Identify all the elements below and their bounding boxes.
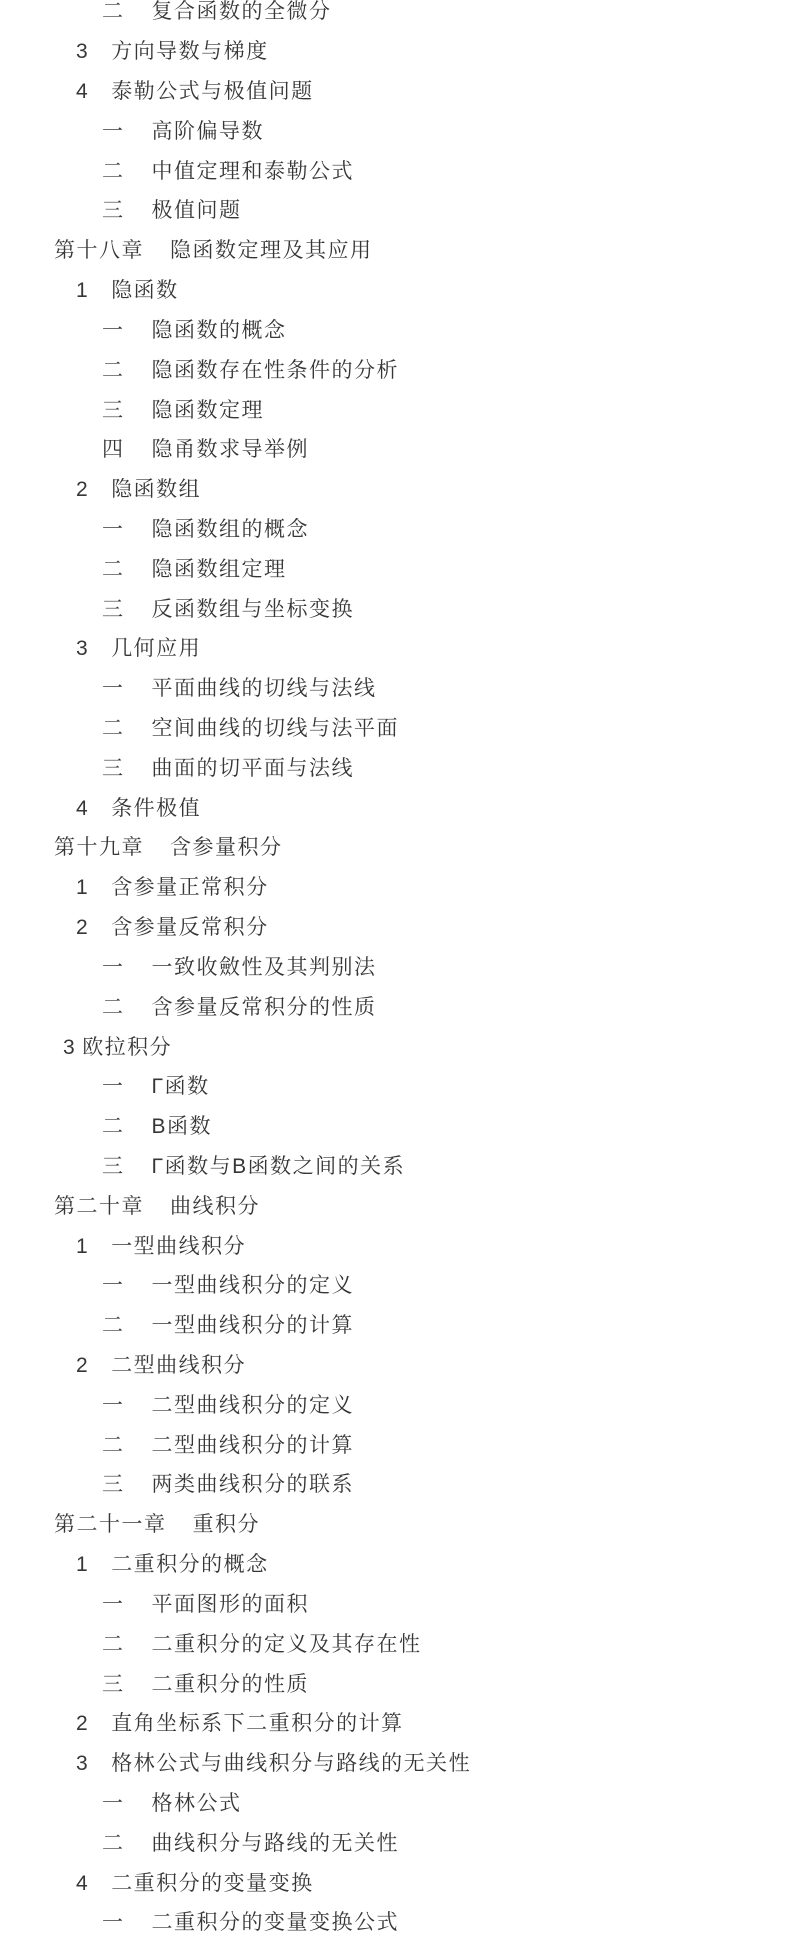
- row-marker: 三: [102, 758, 125, 779]
- toc-row-sub: 三隐函数定理: [0, 390, 790, 430]
- row-marker: 二: [102, 1, 125, 22]
- toc-row-section: 1含参量正常积分: [0, 868, 790, 908]
- toc-row-sub: 一隐函数组的概念: [0, 510, 790, 550]
- row-title: 隐函数组的概念: [152, 519, 310, 540]
- row-title: 隐甬数求导举例: [152, 439, 310, 460]
- row-marker: 三: [102, 1474, 125, 1495]
- row-marker: 二: [102, 997, 125, 1018]
- row-marker: 二: [102, 1435, 125, 1456]
- toc-row-sub: 二空间曲线的切线与法平面: [0, 709, 790, 749]
- row-marker: 二: [102, 1634, 125, 1655]
- toc-row-sub: 二二重积分的定义及其存在性: [0, 1624, 790, 1664]
- row-title: 隐函数的概念: [152, 320, 287, 341]
- row-title: 隐函数存在性条件的分析: [152, 360, 400, 381]
- row-title: 隐函数组定理: [152, 559, 287, 580]
- row-marker: 二: [102, 1315, 125, 1336]
- row-marker: 一: [102, 1912, 125, 1933]
- toc-row-chapter: 第十八章隐函数定理及其应用: [0, 231, 790, 271]
- row-marker: 1: [76, 1554, 89, 1575]
- toc-row-sub: 二复合函数的全微分: [0, 0, 790, 32]
- row-title: 含参量反常积分的性质: [152, 997, 377, 1018]
- row-title: 泰勒公式与极值问题: [111, 81, 314, 102]
- toc-row-sub: 三反函数组与坐标变换: [0, 589, 790, 629]
- row-title: 几何应用: [111, 638, 201, 659]
- toc-row-sub: 二曲线积分与路线的无关性: [0, 1823, 790, 1863]
- row-title: Γ函数与B函数之间的关系: [152, 1156, 406, 1177]
- row-marker: 4: [76, 81, 89, 102]
- row-title: B函数: [152, 1116, 213, 1137]
- toc-row-sub: 一高阶偏导数: [0, 111, 790, 151]
- toc-row-sub: 二二型曲线积分的计算: [0, 1425, 790, 1465]
- toc-row-section-tight: 3欧拉积分: [0, 1027, 790, 1067]
- row-marker: 第二十章: [54, 1196, 144, 1217]
- row-title: 重积分: [193, 1514, 261, 1535]
- row-marker: 三: [102, 1156, 125, 1177]
- toc-row-sub: 三两类曲线积分的联系: [0, 1465, 790, 1505]
- row-marker: 一: [102, 121, 125, 142]
- toc-row-sub: 一一型曲线积分的定义: [0, 1266, 790, 1306]
- row-marker: 第二十一章: [54, 1514, 167, 1535]
- row-title: 曲面的切平面与法线: [152, 758, 355, 779]
- row-marker: 二: [102, 1833, 125, 1854]
- row-marker: 三: [102, 599, 125, 620]
- row-marker: 一: [102, 1793, 125, 1814]
- toc-row-section: 1二重积分的概念: [0, 1545, 790, 1585]
- toc-row-sub: 一隐函数的概念: [0, 311, 790, 351]
- row-title: 二型曲线积分: [111, 1355, 246, 1376]
- row-title: 方向导数与梯度: [111, 41, 269, 62]
- row-title: 两类曲线积分的联系: [152, 1474, 355, 1495]
- row-marker: 一: [102, 678, 125, 699]
- toc-row-section: 3几何应用: [0, 629, 790, 669]
- toc-row-chapter: 第二十一章重积分: [0, 1505, 790, 1545]
- row-title: 二型曲线积分的定义: [152, 1395, 355, 1416]
- toc-row-section: 4二重积分的变量变换: [0, 1863, 790, 1903]
- toc-row-sub: 一格林公式: [0, 1784, 790, 1824]
- row-marker: 2: [76, 1355, 89, 1376]
- toc-row-chapter: 第十九章含参量积分: [0, 828, 790, 868]
- row-title: 二重积分的性质: [152, 1674, 310, 1695]
- row-marker: 四: [102, 439, 125, 460]
- row-marker: 一: [102, 1275, 125, 1296]
- row-title: 隐函数定理及其应用: [170, 240, 373, 261]
- toc-row-sub: 三极值问题: [0, 191, 790, 231]
- row-marker: 3: [76, 638, 89, 659]
- row-title: 隐函数组: [111, 479, 201, 500]
- row-marker: 2: [76, 917, 89, 938]
- toc-row-sub: 三二重积分的性质: [0, 1664, 790, 1704]
- toc-row-section: 3格林公式与曲线积分与路线的无关性: [0, 1744, 790, 1784]
- row-title: 二型曲线积分的计算: [152, 1435, 355, 1456]
- toc-row-section: 1一型曲线积分: [0, 1226, 790, 1266]
- row-marker: 1: [76, 877, 89, 898]
- row-marker: 一: [102, 519, 125, 540]
- row-title: 条件极值: [111, 798, 201, 819]
- row-title: 一致收斂性及其判别法: [152, 957, 377, 978]
- toc-row-sub: 一二重积分的变量变换公式: [0, 1903, 790, 1943]
- row-title: 一型曲线积分的定义: [152, 1275, 355, 1296]
- row-title: 含参量反常积分: [111, 917, 269, 938]
- row-title: 含参量积分: [170, 837, 283, 858]
- row-marker: 三: [102, 200, 125, 221]
- toc-row-section: 4泰勒公式与极值问题: [0, 72, 790, 112]
- row-title: 含参量正常积分: [111, 877, 269, 898]
- row-marker: 4: [76, 798, 89, 819]
- toc-row-sub: 二B函数: [0, 1107, 790, 1147]
- row-marker: 一: [102, 320, 125, 341]
- toc-row-section: 2二型曲线积分: [0, 1346, 790, 1386]
- row-marker: 一: [102, 1076, 125, 1097]
- row-marker: 1: [76, 280, 89, 301]
- row-title: Γ函数: [152, 1076, 210, 1097]
- table-of-contents: 二复合函数的全微分3方向导数与梯度4泰勒公式与极值问题一高阶偏导数二中值定理和泰…: [0, 0, 790, 1943]
- row-title: 一型曲线积分的计算: [152, 1315, 355, 1336]
- toc-row-section: 2隐函数组: [0, 470, 790, 510]
- toc-row-sub: 二隐函数存在性条件的分析: [0, 350, 790, 390]
- row-marker: 一: [102, 957, 125, 978]
- row-title: 二重积分的概念: [111, 1554, 269, 1575]
- toc-row-sub: 一二型曲线积分的定义: [0, 1385, 790, 1425]
- row-title: 隐函数: [111, 280, 179, 301]
- row-marker: 4: [76, 1873, 89, 1894]
- row-marker: 2: [76, 479, 89, 500]
- toc-row-sub: 一平面图形的面积: [0, 1585, 790, 1625]
- row-title: 二重积分的定义及其存在性: [152, 1634, 422, 1655]
- row-title: 欧拉积分: [82, 1037, 172, 1058]
- toc-row-sub: 四隐甬数求导举例: [0, 430, 790, 470]
- toc-row-sub: 二隐函数组定理: [0, 549, 790, 589]
- row-title: 一型曲线积分: [111, 1236, 246, 1257]
- row-marker: 1: [76, 1236, 89, 1257]
- toc-row-sub: 一一致收斂性及其判别法: [0, 948, 790, 988]
- row-marker: 三: [102, 400, 125, 421]
- row-title: 中值定理和泰勒公式: [152, 161, 355, 182]
- toc-row-sub: 一平面曲线的切线与法线: [0, 669, 790, 709]
- row-marker: 二: [102, 1116, 125, 1137]
- row-title: 格林公式: [152, 1793, 242, 1814]
- row-marker: 3: [76, 1753, 89, 1774]
- row-title: 隐函数定理: [152, 400, 265, 421]
- row-marker: 第十八章: [54, 240, 144, 261]
- row-marker: 二: [102, 718, 125, 739]
- row-marker: 3: [63, 1037, 76, 1058]
- toc-row-section: 2直角坐标系下二重积分的计算: [0, 1704, 790, 1744]
- toc-row-sub: 一Γ函数: [0, 1067, 790, 1107]
- row-marker: 3: [76, 41, 89, 62]
- row-marker: 一: [102, 1395, 125, 1416]
- row-title: 二重积分的变量变换: [111, 1873, 314, 1894]
- row-title: 二重积分的变量变换公式: [152, 1912, 400, 1933]
- toc-row-section: 2含参量反常积分: [0, 908, 790, 948]
- row-title: 反函数组与坐标变换: [152, 599, 355, 620]
- toc-row-chapter: 第二十章曲线积分: [0, 1186, 790, 1226]
- toc-row-section: 3方向导数与梯度: [0, 32, 790, 72]
- row-marker: 2: [76, 1713, 89, 1734]
- toc-row-sub: 二含参量反常积分的性质: [0, 987, 790, 1027]
- row-marker: 二: [102, 360, 125, 381]
- row-title: 曲线积分: [170, 1196, 260, 1217]
- toc-row-section: 1隐函数: [0, 271, 790, 311]
- toc-row-sub: 二中值定理和泰勒公式: [0, 151, 790, 191]
- row-marker: 二: [102, 559, 125, 580]
- row-title: 高阶偏导数: [152, 121, 265, 142]
- row-marker: 三: [102, 1674, 125, 1695]
- row-title: 平面图形的面积: [152, 1594, 310, 1615]
- row-title: 曲线积分与路线的无关性: [152, 1833, 400, 1854]
- row-marker: 一: [102, 1594, 125, 1615]
- toc-row-sub: 二一型曲线积分的计算: [0, 1306, 790, 1346]
- row-title: 格林公式与曲线积分与路线的无关性: [111, 1753, 471, 1774]
- toc-row-section: 4条件极值: [0, 788, 790, 828]
- row-title: 直角坐标系下二重积分的计算: [111, 1713, 404, 1734]
- toc-row-sub: 三曲面的切平面与法线: [0, 748, 790, 788]
- row-marker: 第十九章: [54, 837, 144, 858]
- row-title: 平面曲线的切线与法线: [152, 678, 377, 699]
- toc-row-sub: 三Γ函数与B函数之间的关系: [0, 1147, 790, 1187]
- row-title: 极值问题: [152, 200, 242, 221]
- row-marker: 二: [102, 161, 125, 182]
- row-title: 空间曲线的切线与法平面: [152, 718, 400, 739]
- row-title: 复合函数的全微分: [152, 1, 332, 22]
